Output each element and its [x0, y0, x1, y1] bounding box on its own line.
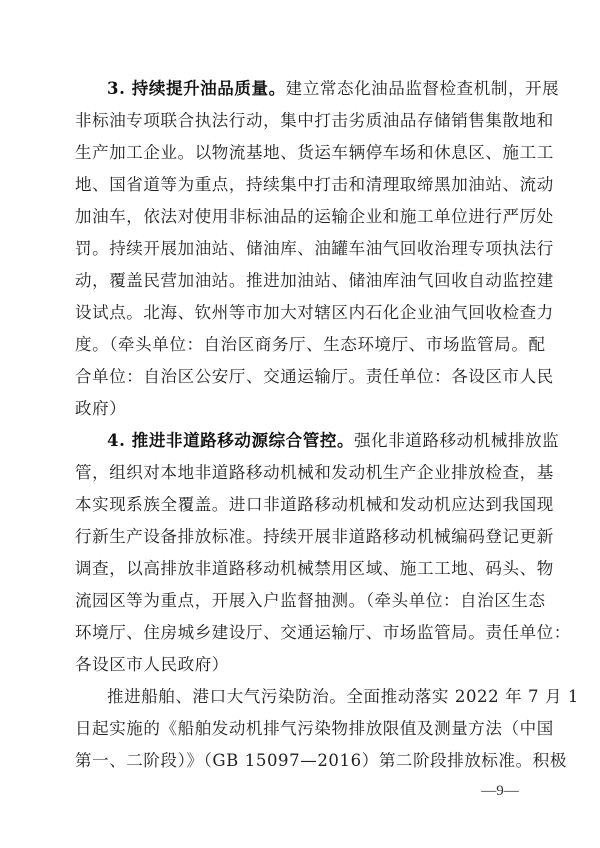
paragraph-4-line-8: 各设区市人民政府）	[75, 649, 531, 681]
document-page: 3. 持续提升油品质量。建立常态化油品监督检查机制，开展 非标油专项联合执法行动…	[0, 0, 600, 848]
paragraph-3-line-11: 政府）	[75, 393, 531, 425]
paragraph-3-line-1: 3. 持续提升油品质量。建立常态化油品监督检查机制，开展	[107, 73, 531, 105]
paragraph-5-line-1: 推进船舶、港口大气污染防治。全面推动落实 2022 年 7 月 1	[107, 681, 531, 713]
paragraph-5-line-3: 第一、二阶段）》（GB 15097—2016）第二阶段排放标准。积极	[75, 745, 531, 777]
paragraph-3-line-4: 地、国省道等为重点，持续集中打击和清理取缔黑加油站、流动	[75, 169, 531, 201]
section-heading-4: 4. 推进非道路移动源综合管控。	[107, 431, 354, 450]
paragraph-5-line-2: 日起实施的《船舶发动机排气污染物排放限值及测量方法（中国	[75, 713, 531, 745]
paragraph-4-line-6: 流园区等为重点，开展入户监督抽测。（牵头单位：自治区生态	[75, 585, 531, 617]
paragraph-3-line-5: 加油车，依法对使用非标油品的运输企业和施工单位进行严厉处	[75, 201, 531, 233]
paragraph-4-line-4: 行新生产设备排放标准。持续开展非道路移动机械编码登记更新	[75, 521, 531, 553]
paragraph-3-line-10: 合单位：自治区公安厅、交通运输厅。责任单位：各设区市人民	[75, 361, 531, 393]
paragraph-3-line-8: 设试点。北海、钦州等市加大对辖区内石化企业油气回收检查力	[75, 297, 531, 329]
paragraph-4-line-1: 4. 推进非道路移动源综合管控。强化非道路移动机械排放监	[107, 425, 531, 457]
paragraph-3-line-9: 度。（牵头单位：自治区商务厅、生态环境厅、市场监管局。配	[75, 329, 531, 361]
paragraph-3-line-3: 生产加工企业。以物流基地、货运车辆停车场和休息区、施工工	[75, 137, 531, 169]
section-heading-3: 3. 持续提升油品质量。	[107, 79, 286, 98]
paragraph-4-line-2: 管，组织对本地非道路移动机械和发动机生产企业排放检查，基	[75, 457, 531, 489]
paragraph-4-line-5: 调查，以高排放非道路移动机械禁用区域、施工工地、码头、物	[75, 553, 531, 585]
paragraph-4-line-7: 环境厅、住房城乡建设厅、交通运输厅、市场监管局。责任单位：	[75, 617, 531, 649]
paragraph-3-line-2: 非标油专项联合执法行动，集中打击劣质油品存储销售集散地和	[75, 105, 531, 137]
page-number: —9—	[470, 783, 530, 800]
paragraph-4-line-3: 本实现系族全覆盖。进口非道路移动机械和发动机应达到我国现	[75, 489, 531, 521]
paragraph-3-line-7: 动，覆盖民营加油站。推进加油站、储油库油气回收自动监控建	[75, 265, 531, 297]
paragraph-3-line-6: 罚。持续开展加油站、储油库、油罐车油气回收治理专项执法行	[75, 233, 531, 265]
